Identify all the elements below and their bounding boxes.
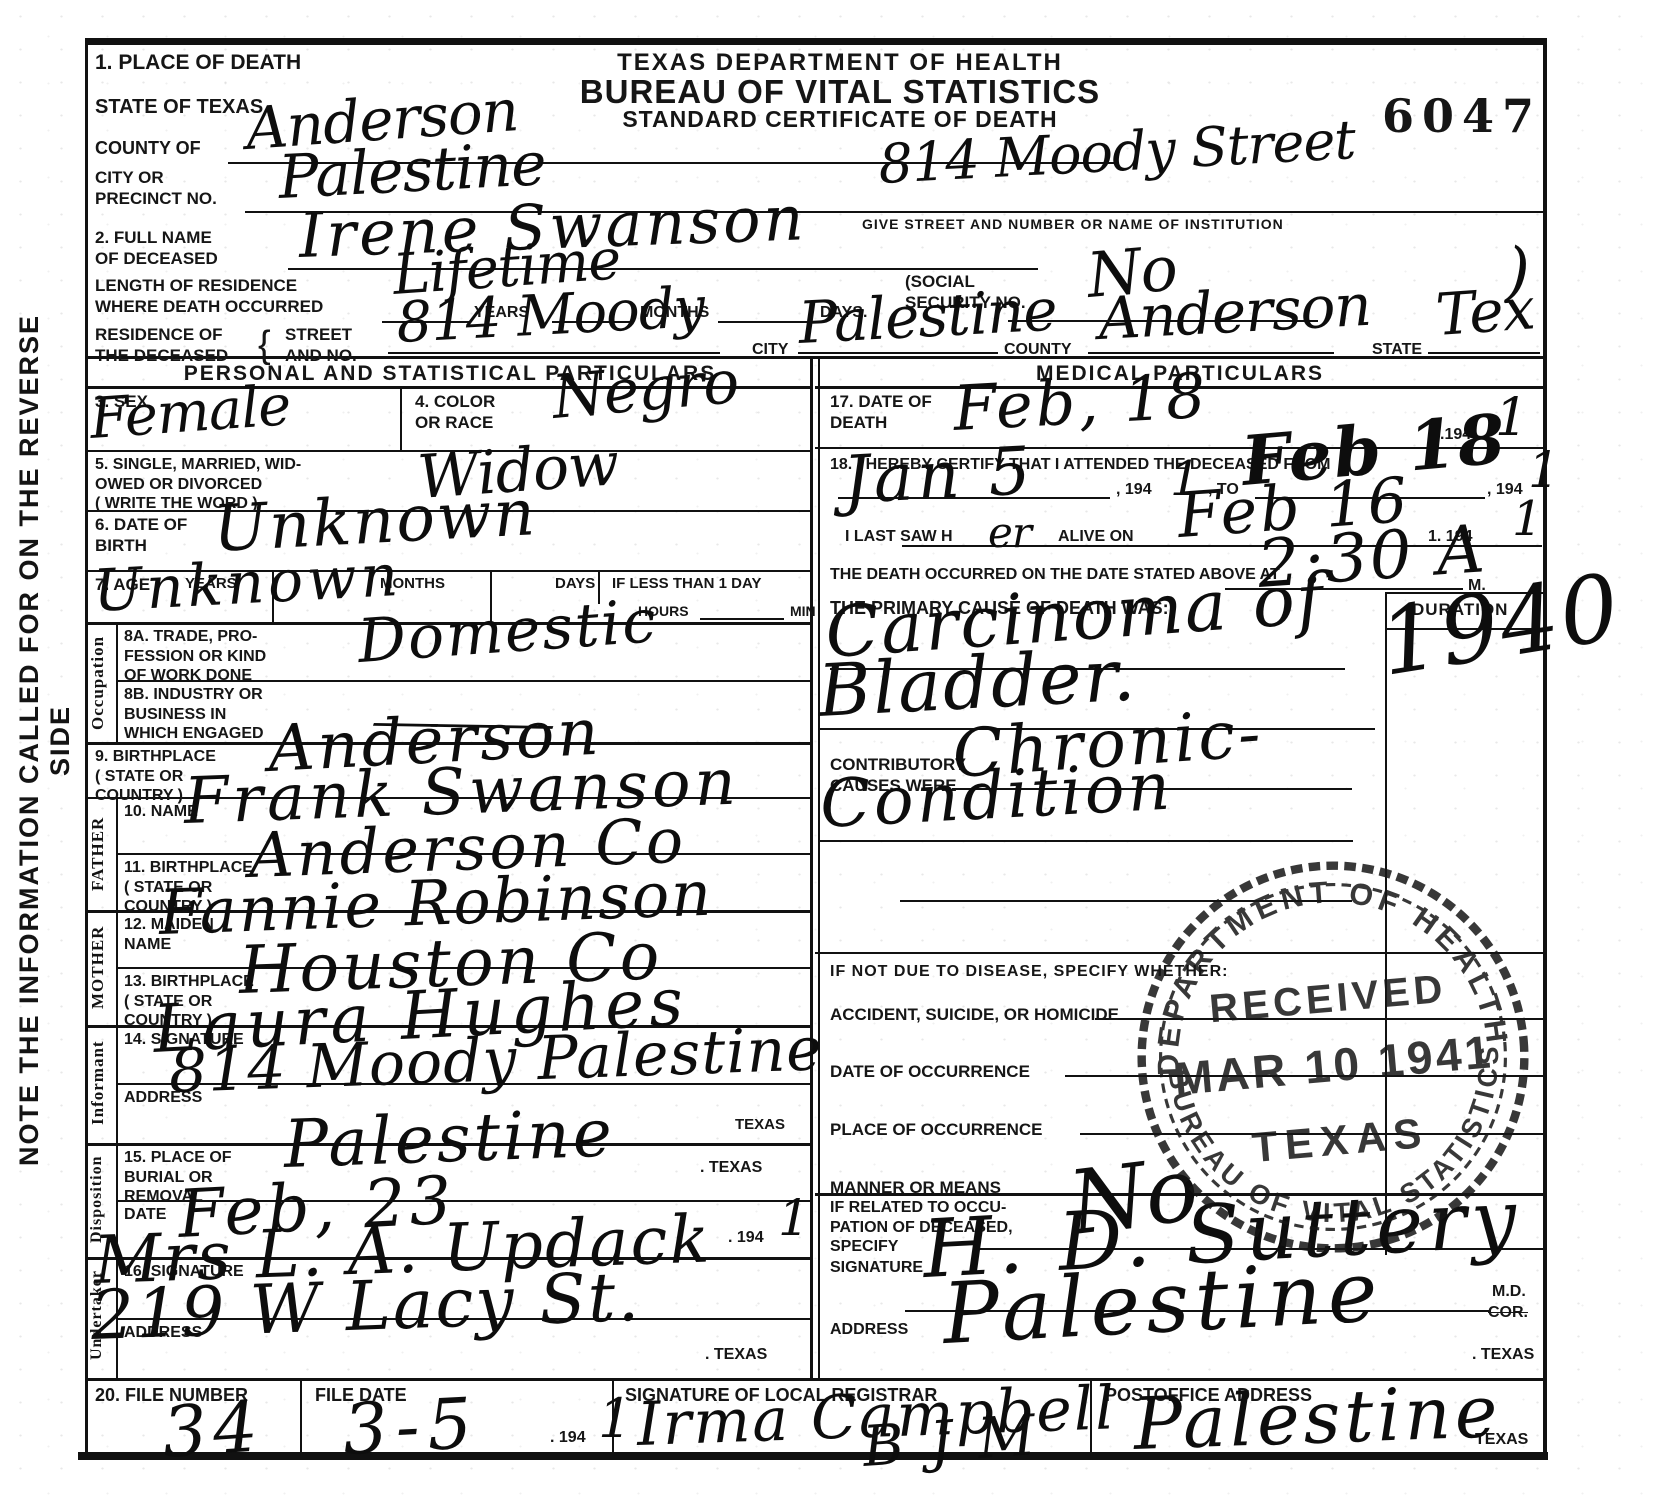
sex-value: Female xyxy=(88,378,292,448)
physician-cor-label: COR. xyxy=(1488,1303,1528,1323)
physician-addr-label: ADDRESS xyxy=(830,1320,908,1340)
city-label: CITY OR PRECINCT NO. xyxy=(95,168,217,209)
stamp-received-text: RECEIVED xyxy=(1208,967,1449,1032)
date-occurrence-label: DATE OF OCCURRENCE xyxy=(830,1062,1030,1083)
informant-side-label: Informant xyxy=(88,1028,108,1138)
certificate-number: 6047 xyxy=(1382,88,1542,144)
residence-state-line xyxy=(1428,352,1540,354)
attended-from-year: , 194 xyxy=(1116,480,1152,500)
physician-sig-label: SIGNATURE xyxy=(830,1258,923,1278)
stamp-texas-text: TEXAS xyxy=(1250,1109,1430,1171)
father-side-label: FATHER xyxy=(88,800,108,908)
contrib-line2-value: Condition xyxy=(819,754,1175,838)
file-date-year: . 194 xyxy=(550,1428,586,1448)
accident-label: ACCIDENT, SUICIDE, OR HOMICIDE xyxy=(830,1005,1119,1026)
trade-label: 8A. TRADE, PRO- FESSION OR KIND OF WORK … xyxy=(124,627,266,686)
street-caption: GIVE STREET AND NUMBER OR NAME OF INSTIT… xyxy=(862,216,1284,233)
dod-label: 17. DATE OF DEATH xyxy=(830,392,932,433)
informant-addr-texas: TEXAS xyxy=(735,1116,785,1134)
occupation-side-label: Occupation xyxy=(88,626,108,740)
reverse-side-note: NOTE THE INFORMATION CALLED FOR ON THE R… xyxy=(14,280,76,1200)
birthdate-label: 6. DATE OF BIRTH xyxy=(95,515,187,556)
color-label: 4. COLOR OR RACE xyxy=(415,392,495,433)
lastsaw-fill: er xyxy=(988,512,1031,554)
dod-value: Feb, 18 xyxy=(952,365,1210,440)
stamp-date-text: MAR 10 1941 xyxy=(1172,1025,1495,1105)
undertaker-addr-value: 219 W Lacy St. xyxy=(90,1264,642,1351)
burial-date-year: . 194 xyxy=(728,1228,764,1248)
residence-street-value: 814 Moody xyxy=(395,280,705,352)
border-top xyxy=(85,38,1547,45)
lastsaw-pre-label: I LAST SAW H xyxy=(845,527,953,547)
received-stamp: DEPARTMENT OF HEALTH BUREAU OF VITAL STA… xyxy=(1111,835,1555,1279)
residence-county-line xyxy=(1088,352,1334,354)
color-value: Negro xyxy=(550,352,741,428)
postoffice-value: Palestine xyxy=(1132,1375,1502,1460)
file-date-digit: 1 xyxy=(598,1392,631,1446)
mother-side-label: MOTHER xyxy=(88,913,108,1021)
sex-color-divider xyxy=(400,388,402,450)
occupation-side-divider xyxy=(116,622,118,742)
physician-md-label: M.D. xyxy=(1492,1282,1526,1302)
lastsaw-post-label: ALIVE ON xyxy=(1058,527,1134,547)
undertaker-addr-texas: . TEXAS xyxy=(705,1345,767,1365)
attended-from-value: Jan 5 xyxy=(842,438,1036,514)
bottom-div-1 xyxy=(300,1378,302,1454)
age-hours-line xyxy=(700,618,784,620)
place-of-death-label: 1. PLACE OF DEATH xyxy=(95,50,301,76)
death-certificate-scan: NOTE THE INFORMATION CALLED FOR ON THE R… xyxy=(0,0,1656,1496)
residence-county-value: Anderson xyxy=(1097,276,1372,348)
contrib-line2-rule xyxy=(818,840,1353,842)
county-label: COUNTY OF xyxy=(95,138,201,160)
fullname-label: 2. FULL NAME OF DECEASED xyxy=(95,228,218,269)
trade-value: Domestic xyxy=(356,591,660,672)
registrar-initials-value: B J M xyxy=(861,1408,1041,1476)
file-number-value: 34 xyxy=(160,1391,266,1468)
state-of-texas-label: STATE OF TEXAS xyxy=(95,95,263,119)
state2-label: STATE xyxy=(1372,340,1422,360)
manner-label: MANNER OR MEANS xyxy=(830,1178,1001,1199)
residence-state-value: Tex xyxy=(1434,279,1536,344)
border-right xyxy=(1543,38,1547,1459)
age-min-label: MIN xyxy=(790,603,816,620)
residence-length-label: LENGTH OF RESIDENCE WHERE DEATH OCCURRED xyxy=(95,276,323,317)
industry-label: 8B. INDUSTRY OR BUSINESS IN WHICH ENGAGE… xyxy=(124,685,264,744)
residence-city-value: Palestine xyxy=(797,281,1058,352)
file-date-value: 3-5 xyxy=(341,1388,481,1465)
physician-addr-texas: . TEXAS xyxy=(1472,1345,1534,1365)
burial-date-digit: 1 xyxy=(778,1193,809,1243)
city2-label: CITY xyxy=(752,340,788,360)
burial-texas: . TEXAS xyxy=(700,1158,762,1178)
attended-to-digit: 1 xyxy=(1528,445,1559,495)
place-occurrence-label: PLACE OF OCCURRENCE xyxy=(830,1120,1043,1141)
lastsaw-digit: 1 xyxy=(1512,495,1542,543)
